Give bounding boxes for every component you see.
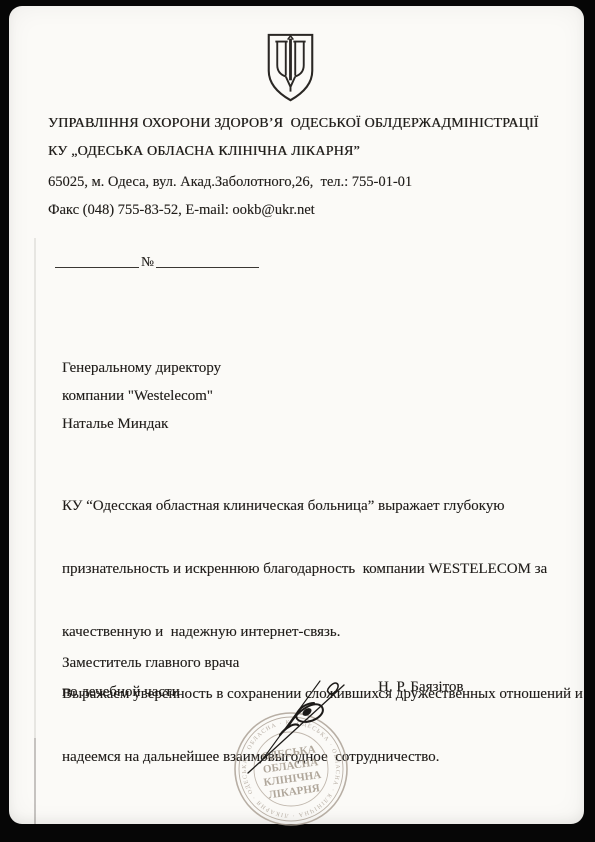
org-contact-line: Факс (048) 755-83-52, E-mail: ookb@ukr.n… (48, 202, 315, 219)
body-line: признательность и искреннюю благодарност… (62, 555, 583, 584)
scanned-letter-page: УПРАВЛІННЯ ОХОРОНИ ЗДОРОВ’Я ОДЕСЬКОЇ ОБЛ… (0, 0, 595, 842)
page-fold-line (34, 738, 36, 824)
org-address-line: 65025, м. Одеса, вул. Акад.Заболотного,2… (48, 174, 412, 191)
signatory-name: Н. Р. Баязітов (378, 679, 464, 696)
numero-sign: № (139, 255, 156, 268)
date-blank-line (55, 252, 139, 268)
number-blank-line (156, 252, 259, 268)
reference-number-line: № (55, 252, 259, 268)
page-fold-line (34, 238, 36, 738)
signoff-title-line2: по лечебной части (62, 684, 180, 701)
handwritten-signature-icon (240, 675, 355, 785)
org-name-line2: КУ „ОДЕСЬКА ОБЛАСНА КЛІНІЧНА ЛІКАРНЯ” (48, 144, 360, 160)
addressee-line: Наталье Миндак (62, 416, 168, 433)
addressee-line: компании "Westelecom" (62, 388, 213, 405)
ukraine-trident-icon (262, 33, 319, 103)
body-line: качественную и надежную интернет-связь. (62, 618, 583, 647)
org-name-line1: УПРАВЛІННЯ ОХОРОНИ ЗДОРОВ’Я ОДЕСЬКОЇ ОБЛ… (48, 116, 539, 132)
signoff-title-line1: Заместитель главного врача (62, 655, 239, 672)
addressee-line: Генеральному директору (62, 360, 221, 377)
body-line: КУ “Одесская областная клиническая больн… (62, 492, 583, 521)
